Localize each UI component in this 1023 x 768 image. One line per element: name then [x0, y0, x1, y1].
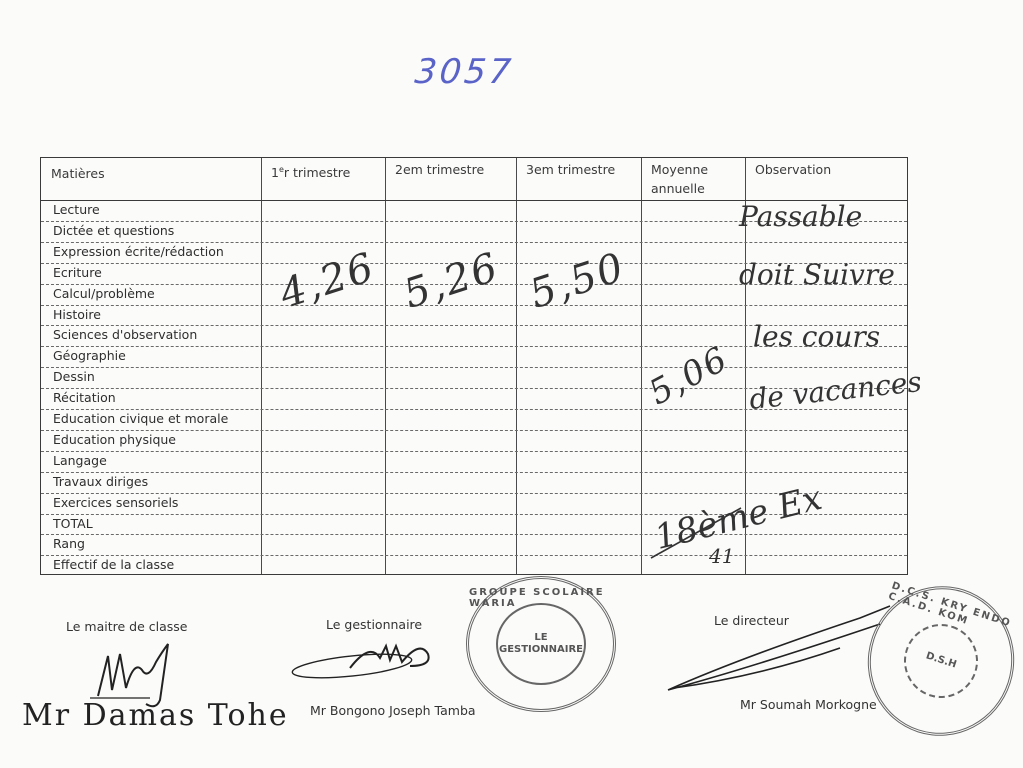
subject-label: Education civique et morale	[53, 409, 228, 429]
term3-grade: 5,50	[524, 244, 631, 318]
director-stamp: D.C.S. KRY ENDO C.A.D. KOM D.S.H	[848, 567, 1023, 755]
row-divider	[41, 305, 907, 306]
term1-grade: 4,26	[274, 244, 381, 318]
header-observation: Observation	[745, 158, 905, 179]
subject-label: Ecriture	[53, 263, 102, 283]
row-divider	[41, 430, 907, 431]
row-divider	[41, 367, 907, 368]
manager-label: Le gestionnaire	[326, 617, 422, 632]
subject-label: Géographie	[53, 346, 126, 366]
subject-label: Rang	[53, 534, 85, 554]
subject-label: Calcul/problème	[53, 284, 155, 304]
subject-label: Sciences d'observation	[53, 325, 197, 345]
subject-label: Dessin	[53, 367, 95, 387]
header-average: Moyenne annuelle	[641, 158, 741, 198]
subject-label: Récitation	[53, 388, 116, 408]
class-size-value: 41	[709, 544, 734, 568]
subject-label: Lecture	[53, 200, 100, 220]
subject-label: Histoire	[53, 305, 101, 325]
header-subject: Matières	[41, 162, 261, 183]
manager-stamp: GROUPE SCOLAIRE WARIA LE GESTIONNAIRE	[466, 576, 616, 712]
manager-name: Mr Bongono Joseph Tamba	[310, 703, 476, 718]
subject-label: Expression écrite/rédaction	[53, 242, 224, 262]
observation-line-3: les cours	[753, 320, 880, 353]
reference-number: 3057	[413, 52, 516, 92]
subject-label: Dictée et questions	[53, 221, 174, 241]
header-term3: 3em trimestre	[516, 158, 641, 179]
header-term1: 1er trimestre	[261, 158, 385, 182]
annual-average: 5,06	[643, 339, 736, 414]
term2-grade: 5,26	[398, 244, 505, 318]
manager-signature	[290, 636, 450, 686]
subject-label: Langage	[53, 451, 107, 471]
teacher-name: Mr Damas Tohe	[22, 698, 289, 733]
subject-label: Effectif de la classe	[53, 555, 174, 575]
subject-label: Education physique	[53, 430, 176, 450]
subject-label: TOTAL	[53, 514, 93, 534]
row-divider	[41, 242, 907, 243]
observation-line-1: Passable	[739, 200, 862, 233]
observation-line-2: doit Suivre	[739, 258, 895, 291]
grade-table: Matières 1er trimestre 2em trimestre 3em…	[40, 157, 908, 575]
row-divider	[41, 451, 907, 452]
manager-stamp-center: LE GESTIONNAIRE	[496, 603, 586, 685]
subject-label: Travaux diriges	[53, 472, 148, 492]
header-term2: 2em trimestre	[385, 158, 516, 179]
subject-label: Exercices sensoriels	[53, 493, 178, 513]
manager-stamp-ring: GROUPE SCOLAIRE WARIA	[469, 587, 613, 609]
row-divider	[41, 472, 907, 473]
director-name: Mr Soumah Morkogne	[740, 697, 877, 712]
teacher-label: Le maitre de classe	[66, 619, 187, 634]
